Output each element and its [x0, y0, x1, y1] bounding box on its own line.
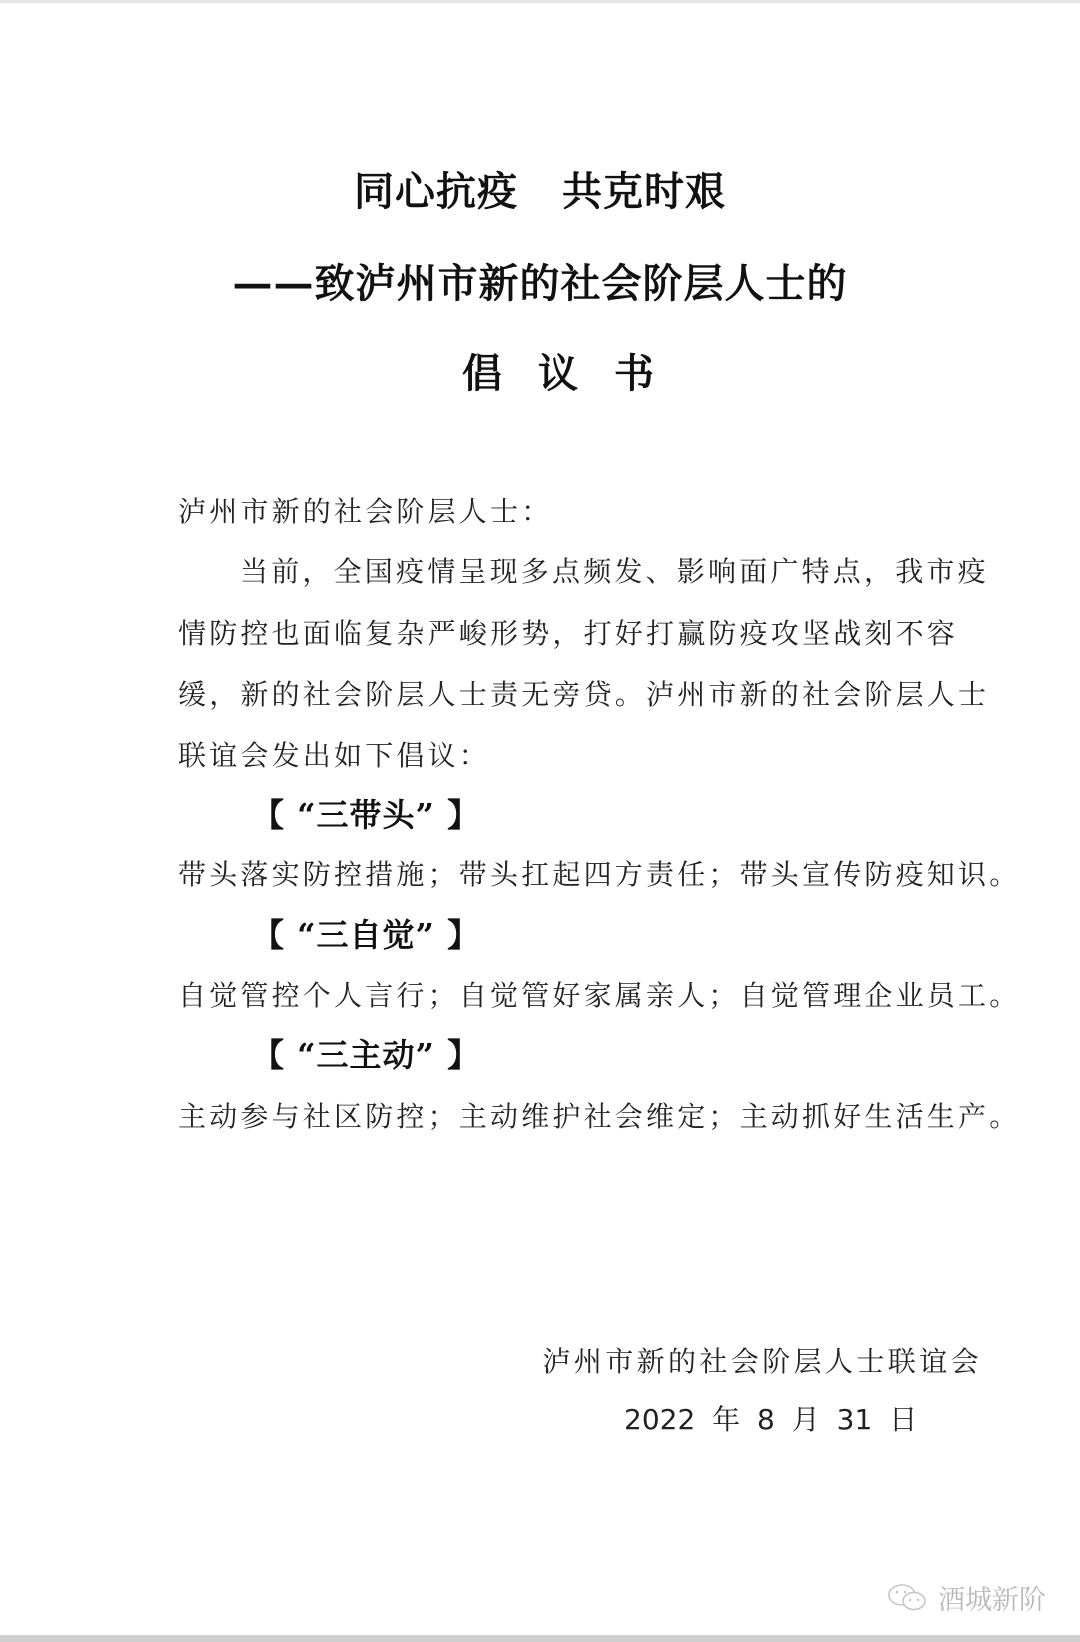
- section-text: 自觉管控个人言行；自觉管好家属亲人；自觉管理企业员工。: [178, 974, 1020, 1014]
- intro-line: 情防控也面临复杂严峻形势，打好打赢防疫攻坚战刻不容: [178, 612, 958, 652]
- title-part-1: 同心抗疫: [354, 168, 518, 215]
- intro-line: 当前，全国疫情呈现多点频发、影响面广特点，我市疫: [240, 550, 989, 590]
- title-line-1: 同心抗疫共克时艰: [0, 160, 1080, 217]
- signature: 泸州市新的社会阶层人士联谊会: [542, 1340, 982, 1380]
- section-heading: 【 “三主动” 】: [252, 1030, 480, 1076]
- watermark-text: 酒城新阶: [938, 1578, 1046, 1617]
- section-heading: 【 “三带头” 】: [252, 790, 480, 836]
- date: 2022 年 8 月 31 日: [624, 1398, 917, 1438]
- bottom-edge: [0, 1635, 1080, 1642]
- title-part-2: 共克时艰: [562, 168, 726, 215]
- section-text: 主动参与社区防控；主动维护社会维定；主动抓好生活生产。: [178, 1095, 1020, 1135]
- section-heading: 【 “三自觉” 】: [252, 910, 480, 956]
- intro-line: 缓，新的社会阶层人士责无旁贷。泸州市新的社会阶层人士: [178, 673, 989, 713]
- section-text: 带头落实防控措施；带头扛起四方责任；带头宣传防疫知识。: [178, 853, 1020, 893]
- watermark: 酒城新阶: [886, 1578, 1046, 1617]
- salutation: 泸州市新的社会阶层人士：: [178, 490, 552, 530]
- wechat-icon: [886, 1583, 930, 1613]
- title-line-3: 倡议书: [0, 342, 1080, 399]
- intro-line: 联谊会发出如下倡议：: [178, 734, 490, 774]
- title-line-2: ——致泸州市新的社会阶层人士的: [0, 252, 1080, 309]
- top-edge: [0, 0, 1080, 3]
